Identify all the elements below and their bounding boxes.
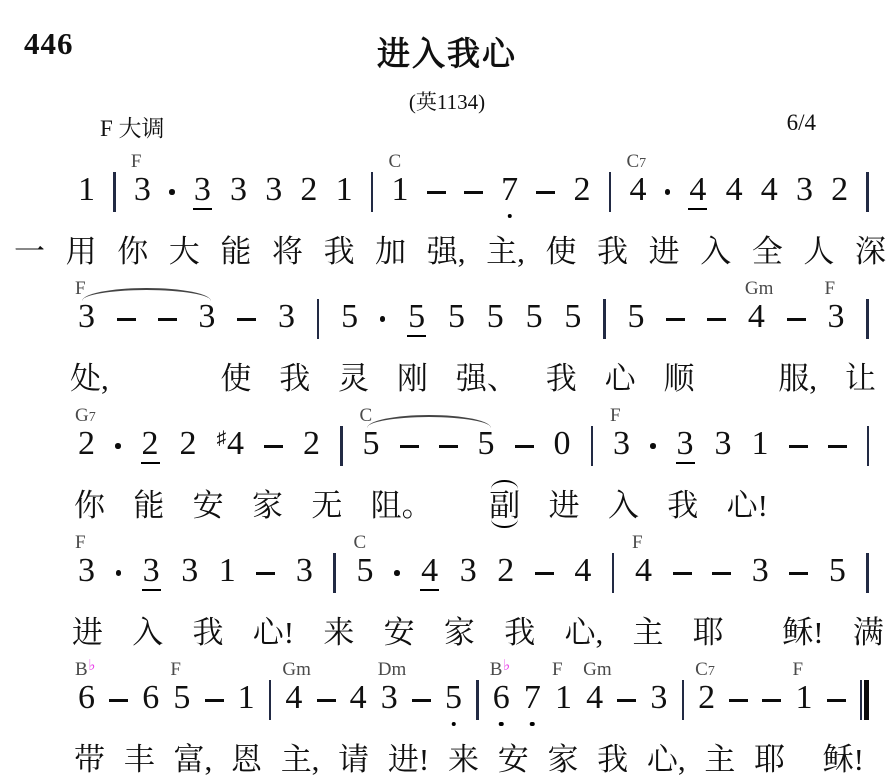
note: 4C7 xyxy=(629,174,646,208)
chord-extension: 7 xyxy=(89,410,96,425)
note-digit: 2 xyxy=(497,555,514,587)
note-digit: 4 xyxy=(586,682,603,714)
lyric-syllable: 使 xyxy=(220,361,251,397)
note-digit: 5 xyxy=(445,682,462,714)
low-octave-dot xyxy=(507,214,512,219)
dash-continuation xyxy=(256,572,275,575)
tie-slur xyxy=(367,415,491,428)
barline xyxy=(113,172,116,212)
chord-label: F xyxy=(632,533,643,552)
lyric-syllable: 心! xyxy=(253,615,294,651)
barline xyxy=(866,553,869,593)
note-digit: 2 xyxy=(78,428,95,460)
note: 4 xyxy=(761,174,778,208)
lyric-syllable: 我 xyxy=(324,234,355,270)
lyric-syllable: 我 xyxy=(546,361,577,397)
lyric-syllable: 耶 xyxy=(693,615,724,651)
note-digit: 7 xyxy=(524,682,541,714)
dash-continuation xyxy=(828,445,847,448)
lyric-syllable: 人 xyxy=(803,234,834,270)
note-digit: 2 xyxy=(141,428,160,464)
lyric-syllable: 家 xyxy=(444,615,475,651)
chord-label: C xyxy=(360,406,373,425)
chord-label: Dm xyxy=(378,660,407,679)
note: 1 xyxy=(336,174,353,208)
note: 3 xyxy=(460,555,477,589)
lyrics-row: 带丰富,恩主,请进!来安家我心,主耶稣! xyxy=(0,742,894,778)
chord-label: F xyxy=(75,279,86,298)
note-digit: 5 xyxy=(341,301,358,333)
note: 1 xyxy=(219,555,236,589)
note: 5C xyxy=(357,555,374,589)
note-digit: 3 xyxy=(827,301,844,333)
dash-continuation xyxy=(789,445,808,448)
note: 2 xyxy=(831,174,848,208)
note: 4Gm xyxy=(285,682,302,716)
note: 3 xyxy=(193,174,212,208)
lyric-syllable: 进! xyxy=(388,742,429,778)
barline xyxy=(866,299,869,339)
lyric-syllable: 入 xyxy=(132,615,163,651)
lyric-syllable: 刚 xyxy=(397,361,428,397)
lyric-syllable: 主 xyxy=(704,742,735,778)
note: 6 xyxy=(142,682,159,716)
lyric-syllable: 丰 xyxy=(124,742,155,778)
low-octave-dot xyxy=(530,722,535,727)
note-digit: 2 xyxy=(180,428,197,460)
dash-continuation xyxy=(827,699,846,702)
barline xyxy=(591,426,594,466)
augmentation-dot xyxy=(116,570,122,576)
sharp-icon: ♯ xyxy=(217,428,227,449)
note: 3 xyxy=(265,174,282,208)
chord-extension: 7 xyxy=(708,664,715,679)
chord-label: C7 xyxy=(626,152,646,171)
note-digit: 3 xyxy=(142,555,161,591)
barline xyxy=(866,172,869,212)
chord-label: F xyxy=(131,152,142,171)
note: 1 xyxy=(752,428,769,462)
lyrics-row: 一用你大能将我加强,主,使我进入全人深 xyxy=(0,234,894,270)
note: 1F xyxy=(796,682,813,716)
note-digit: 3 xyxy=(193,174,212,210)
flat-icon: ♭ xyxy=(503,658,510,674)
lyric-syllable: 富, xyxy=(173,742,212,778)
note: 5 xyxy=(478,428,495,462)
note: 1C xyxy=(392,174,409,208)
note: 2C7 xyxy=(698,682,715,716)
lyric-syllable: 将 xyxy=(272,234,303,270)
note-digit: 3 xyxy=(278,301,295,333)
note: 1F xyxy=(555,682,572,716)
lyric-syllable: 你 xyxy=(117,234,148,270)
lyric-syllable: 带 xyxy=(74,742,105,778)
chord-label: F xyxy=(793,660,804,679)
note-digit: 6 xyxy=(78,682,95,714)
chord-label: G7 xyxy=(75,406,96,425)
barline xyxy=(682,680,685,720)
note: 2 xyxy=(303,428,320,462)
lyric-syllable: 主 xyxy=(632,615,663,651)
dash-continuation xyxy=(535,572,554,575)
note-digit: 4 xyxy=(748,301,765,333)
note-digit: 2 xyxy=(574,174,591,206)
note: 3 xyxy=(181,555,198,589)
note: 5 xyxy=(627,301,644,335)
dash-continuation xyxy=(412,699,431,702)
dash-continuation xyxy=(707,318,726,321)
note-digit: 3 xyxy=(181,555,198,587)
chord-label: Gm xyxy=(282,660,311,679)
lyric-syllable: 安 xyxy=(384,615,415,651)
note: 2 xyxy=(180,428,197,462)
dash-continuation xyxy=(729,699,748,702)
lyric-syllable: 进 xyxy=(72,615,103,651)
chord-label: F xyxy=(75,533,86,552)
sheet-header: 446 进入我心 xyxy=(0,0,894,74)
chord-label: C7 xyxy=(695,660,715,679)
music-system-2: 3F3355555554Gm3F处,使我灵刚强、我心顺服,让 xyxy=(0,301,894,397)
lyric-syllable: 恩 xyxy=(231,742,262,778)
note-digit: 3 xyxy=(78,301,95,333)
note: 3F xyxy=(613,428,630,462)
lyric-syllable: 大 xyxy=(169,234,200,270)
lyric-syllable: 能 xyxy=(220,234,251,270)
note-digit: 3 xyxy=(715,428,732,460)
music-system-1: 13F333211C724C744432一用你大能将我加强,主,使我进入全人深 xyxy=(0,174,894,270)
note: 5 xyxy=(445,682,462,716)
lyric-syllable: 让 xyxy=(845,361,876,397)
lyric-syllable: 稣! xyxy=(823,742,864,778)
dash-continuation xyxy=(536,191,555,194)
lyrics-row: 进入我心!来安家我心,主耶稣!满 xyxy=(0,615,894,651)
chorus-mark: 副 xyxy=(489,488,520,524)
note: 4F xyxy=(635,555,652,589)
note-digit: 5 xyxy=(357,555,374,587)
dash-continuation xyxy=(117,318,136,321)
notation-row: 3F3355555554Gm3F xyxy=(0,301,894,339)
dash-continuation xyxy=(789,572,808,575)
barline xyxy=(317,299,320,339)
note: 5 xyxy=(829,555,846,589)
chord-label: F xyxy=(610,406,621,425)
note-digit: 3 xyxy=(381,682,398,714)
note-digit: 4 xyxy=(420,555,439,591)
note: 2G7 xyxy=(78,428,95,462)
augmentation-dot xyxy=(394,570,400,576)
augmentation-dot xyxy=(169,189,175,195)
dash-continuation xyxy=(427,191,446,194)
note-digit: 1 xyxy=(219,555,236,587)
lyric-syllable: 心! xyxy=(727,488,768,524)
lyric-syllable: 入 xyxy=(608,488,639,524)
lyric-syllable: 强、 xyxy=(456,361,518,397)
lyric-syllable: 我 xyxy=(279,361,310,397)
note-digit: 5 xyxy=(407,301,426,337)
note: 3 xyxy=(278,301,295,335)
barline xyxy=(603,299,606,339)
note: 3F xyxy=(134,174,151,208)
notation-row: 13F333211C724C744432 xyxy=(0,174,894,212)
note: 3 xyxy=(752,555,769,589)
dash-continuation xyxy=(712,572,731,575)
note-digit: 5 xyxy=(487,301,504,333)
lyric-syllable: 进 xyxy=(549,488,580,524)
note-digit: 2 xyxy=(303,428,320,460)
note-digit: 4 xyxy=(635,555,652,587)
dash-continuation xyxy=(673,572,692,575)
note-digit: 4 xyxy=(574,555,591,587)
note: 3 xyxy=(142,555,161,589)
note-digit: 3 xyxy=(265,174,282,206)
dash-continuation xyxy=(264,445,283,448)
flat-icon: ♭ xyxy=(88,658,95,674)
note-digit: 3 xyxy=(752,555,769,587)
note: 2 xyxy=(300,174,317,208)
augmentation-dot xyxy=(380,316,386,322)
score: 13F333211C724C744432一用你大能将我加强,主,使我进入全人深3… xyxy=(0,174,894,778)
notation-row: 6B♭65F14Gm43Dm56B♭71F4Gm32C71F xyxy=(0,682,894,720)
note-digit: 3 xyxy=(296,555,313,587)
lyric-syllable: 强, xyxy=(427,234,466,270)
note-digit: 3 xyxy=(676,428,695,464)
note: 3 xyxy=(676,428,695,462)
dash-continuation xyxy=(109,699,128,702)
note-digit: 1 xyxy=(796,682,813,714)
note: 6B♭ xyxy=(78,682,95,716)
note: 5 xyxy=(487,301,504,335)
note-digit: 5 xyxy=(627,301,644,333)
note: 7 xyxy=(524,682,541,716)
lyric-syllable: 来 xyxy=(448,742,479,778)
dash-continuation xyxy=(439,445,458,448)
lyric-syllable: 你 xyxy=(74,488,105,524)
barline xyxy=(612,553,615,593)
hymn-sheet: 446 进入我心 (英1134) F 大调 6/4 13F333211C724C… xyxy=(0,0,894,781)
lyric-syllable: 主, xyxy=(281,742,320,778)
lyric-syllable: 来 xyxy=(323,615,354,651)
note: 3 xyxy=(296,555,313,589)
note-digit: 1 xyxy=(336,174,353,206)
lyric-syllable: 使 xyxy=(545,234,576,270)
note-digit: 1 xyxy=(752,428,769,460)
note-digit: 5 xyxy=(526,301,543,333)
chord-label: F xyxy=(170,660,181,679)
note: 3F xyxy=(78,555,95,589)
notation-row: 2G722♯425C503F331 xyxy=(0,428,894,466)
note: 5 xyxy=(564,301,581,335)
note: 3 xyxy=(230,174,247,208)
lyric-syllable: 入 xyxy=(700,234,731,270)
note: 1 xyxy=(78,174,95,208)
dash-continuation xyxy=(237,318,256,321)
note: 3 xyxy=(650,682,667,716)
note-digit: 5 xyxy=(564,301,581,333)
augmentation-dot xyxy=(650,443,656,449)
note: 3Dm xyxy=(381,682,398,716)
note: 5 xyxy=(341,301,358,335)
dash-continuation xyxy=(787,318,806,321)
note: 4 xyxy=(350,682,367,716)
music-system-5: 6B♭65F14Gm43Dm56B♭71F4Gm32C71F带丰富,恩主,请进!… xyxy=(0,682,894,778)
note: 6B♭ xyxy=(493,682,510,716)
note: 3 xyxy=(198,301,215,335)
chord-extension: 7 xyxy=(639,156,646,171)
note-digit: 5 xyxy=(448,301,465,333)
notation-row: 3F33135C43244F35 xyxy=(0,555,894,593)
note: 5 xyxy=(526,301,543,335)
note: 4 xyxy=(726,174,743,208)
lyric-syllable: 主, xyxy=(486,234,525,270)
chord-label: C xyxy=(389,152,402,171)
key-signature: F 大调 xyxy=(100,110,165,143)
lyric-syllable: 用 xyxy=(66,234,97,270)
note-digit: 3 xyxy=(230,174,247,206)
lyric-syllable: 处, xyxy=(70,361,109,397)
note: 2 xyxy=(497,555,514,589)
dash-continuation xyxy=(617,699,636,702)
hymn-number: 446 xyxy=(24,26,74,62)
lyrics-row: 处,使我灵刚强、我心顺服,让 xyxy=(0,361,894,397)
tie-slur xyxy=(82,288,211,301)
lyric-syllable: 家 xyxy=(252,488,283,524)
note: 4Gm xyxy=(586,682,603,716)
note-digit: 5 xyxy=(363,428,380,460)
note-digit: 3 xyxy=(613,428,630,460)
lyric-syllable: 安 xyxy=(193,488,224,524)
note-digit: 1 xyxy=(392,174,409,206)
note: 5 xyxy=(407,301,426,335)
note: 2 xyxy=(574,174,591,208)
chord-label: B♭ xyxy=(75,660,95,679)
chord-label: B♭ xyxy=(490,660,510,679)
note-digit: 1 xyxy=(555,682,572,714)
dash-continuation xyxy=(666,318,685,321)
note-digit: 5 xyxy=(478,428,495,460)
lyric-syllable: 我 xyxy=(504,615,535,651)
lyric-syllable: 请 xyxy=(338,742,369,778)
note-digit: 0 xyxy=(554,428,571,460)
note: 3F xyxy=(78,301,95,335)
chord-label: F xyxy=(552,660,563,679)
note: 4Gm xyxy=(748,301,765,335)
note: 5F xyxy=(173,682,190,716)
note-digit: 3 xyxy=(796,174,813,206)
lyric-syllable: 无 xyxy=(311,488,342,524)
note: 4 xyxy=(688,174,707,208)
note-digit: 5 xyxy=(829,555,846,587)
augmentation-dot xyxy=(115,443,121,449)
dash-continuation xyxy=(464,191,483,194)
barline xyxy=(340,426,343,466)
note: ♯4 xyxy=(217,428,245,462)
note-digit: 3 xyxy=(78,555,95,587)
chord-label: F xyxy=(824,279,835,298)
note-digit: 6 xyxy=(493,682,510,714)
lyric-syllable: 我 xyxy=(667,488,698,524)
lyric-syllable: 我 xyxy=(193,615,224,651)
note: 3 xyxy=(715,428,732,462)
dash-continuation xyxy=(515,445,534,448)
lyric-syllable: 能 xyxy=(133,488,164,524)
note-digit: 4 xyxy=(761,174,778,206)
note: 4 xyxy=(420,555,439,589)
chord-label: C xyxy=(354,533,367,552)
note: 5C xyxy=(363,428,380,462)
note-digit: 4 xyxy=(688,174,707,210)
barline xyxy=(269,680,272,720)
lyric-syllable: 稣! xyxy=(782,615,823,651)
note-digit: 4 xyxy=(726,174,743,206)
note-digit: 6 xyxy=(142,682,159,714)
lyric-syllable: 进 xyxy=(649,234,680,270)
barline xyxy=(867,426,870,466)
note: 7 xyxy=(501,174,518,208)
note: 5 xyxy=(448,301,465,335)
music-system-4: 3F33135C43244F35进入我心!来安家我心,主耶稣!满 xyxy=(0,555,894,651)
lyric-syllable: 我 xyxy=(597,234,628,270)
note-digit: 7 xyxy=(501,174,518,206)
barline xyxy=(333,553,336,593)
page-title: 进入我心 xyxy=(0,0,894,75)
lyric-syllable: 深 xyxy=(855,234,886,270)
final-barline xyxy=(860,680,869,720)
dash-continuation xyxy=(762,699,781,702)
note-digit: 1 xyxy=(78,174,95,206)
lyric-syllable: 安 xyxy=(498,742,529,778)
note-digit: 3 xyxy=(460,555,477,587)
low-octave-dot xyxy=(451,722,456,727)
note-digit: 3 xyxy=(198,301,215,333)
note: 1 xyxy=(238,682,255,716)
note: 3 xyxy=(796,174,813,208)
time-signature: 6/4 xyxy=(787,110,816,143)
note: 3F xyxy=(827,301,844,335)
chord-label: Gm xyxy=(745,279,774,298)
note-digit: 1 xyxy=(238,682,255,714)
verse-number: 一 xyxy=(14,234,45,270)
note-digit: 5 xyxy=(173,682,190,714)
barline xyxy=(371,172,374,212)
lyric-syllable: 顺 xyxy=(664,361,695,397)
lyric-syllable: 阻。 xyxy=(371,488,433,524)
lyric-syllable: 心, xyxy=(647,742,686,778)
dash-continuation xyxy=(158,318,177,321)
barline xyxy=(476,680,479,720)
note-digit: 4 xyxy=(285,682,302,714)
note-digit: 2 xyxy=(300,174,317,206)
dash-continuation xyxy=(400,445,419,448)
rest-note: 0 xyxy=(554,428,571,462)
note-digit: 4 xyxy=(227,428,244,460)
note-digit: 3 xyxy=(650,682,667,714)
note-digit: 4 xyxy=(350,682,367,714)
note: 4 xyxy=(574,555,591,589)
lyric-syllable: 我 xyxy=(597,742,628,778)
lyric-syllable: 耶 xyxy=(754,742,785,778)
lyric-syllable: 心, xyxy=(564,615,603,651)
lyric-syllable: 家 xyxy=(547,742,578,778)
note-digit: 2 xyxy=(698,682,715,714)
lyric-syllable: 加 xyxy=(375,234,406,270)
note-digit: 3 xyxy=(134,174,151,206)
lyric-syllable: 灵 xyxy=(338,361,369,397)
augmentation-dot xyxy=(665,189,671,195)
lyric-syllable: 服, xyxy=(778,361,817,397)
note-digit: 4 xyxy=(629,174,646,206)
barline xyxy=(609,172,612,212)
lyric-syllable: 心 xyxy=(605,361,636,397)
